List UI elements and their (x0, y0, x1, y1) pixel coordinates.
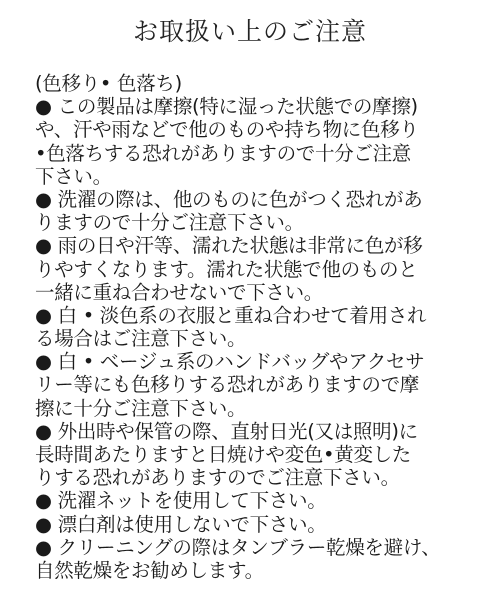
text-line: ● 雨の日や汗等、濡れた状態は非常に色が移 (35, 234, 495, 257)
text-line: ● 白 • 淡色系の衣服と重ね合わせて着用され (35, 304, 495, 327)
text-line: 長時間あたりますと日焼けや変色•黄変した (35, 443, 495, 466)
text-line: 一緒に重ね合わせないで下さい。 (35, 281, 495, 304)
section-heading: (色移り• 色落ち) (35, 72, 495, 95)
text-line: •色落ちする恐れがありますので十分ご注意 (35, 142, 495, 165)
text-line: りますので十分ご注意下さい。 (35, 211, 495, 234)
text-line: 下さい。 (35, 165, 495, 188)
text-line: りやすくなります。濡れた状態で他のものと (35, 258, 495, 281)
text-line: ● 洗濯ネットを使用して下さい。 (35, 489, 495, 512)
text-line: ● この製品は摩擦(特に湿った状態での摩擦) (35, 95, 495, 118)
text-line: 擦に十分ご注意下さい。 (35, 397, 495, 420)
text-line: ● 白 • ベージュ系のハンドバッグやアクセサ (35, 350, 495, 373)
text-line: る場合はご注意下さい。 (35, 327, 495, 350)
text-line: ● 外出時や保管の際、直射日光(又は照明)に (35, 420, 495, 443)
text-line: ● 洗濯の際は、他のものに色がつく恐れがあ (35, 188, 495, 211)
page-title: お取扱い上のご注意 (0, 12, 500, 48)
text-line: ● クリーニングの際はタンブラー乾燥を避け、 (35, 536, 495, 559)
text-line: ● 漂白剤は使用しないで下さい。 (35, 513, 495, 536)
text-line: 自然乾燥をお勧めします。 (35, 559, 495, 582)
care-instructions: (色移り• 色落ち) ● この製品は摩擦(特に湿った状態での摩擦) や、汗や雨な… (35, 72, 495, 582)
text-line: リー等にも色移りする恐れがありますので摩 (35, 373, 495, 396)
text-line: や、汗や雨などで他のものや持ち物に色移り (35, 118, 495, 141)
text-line: りする恐れがありますのでご注意下さい。 (35, 466, 495, 489)
